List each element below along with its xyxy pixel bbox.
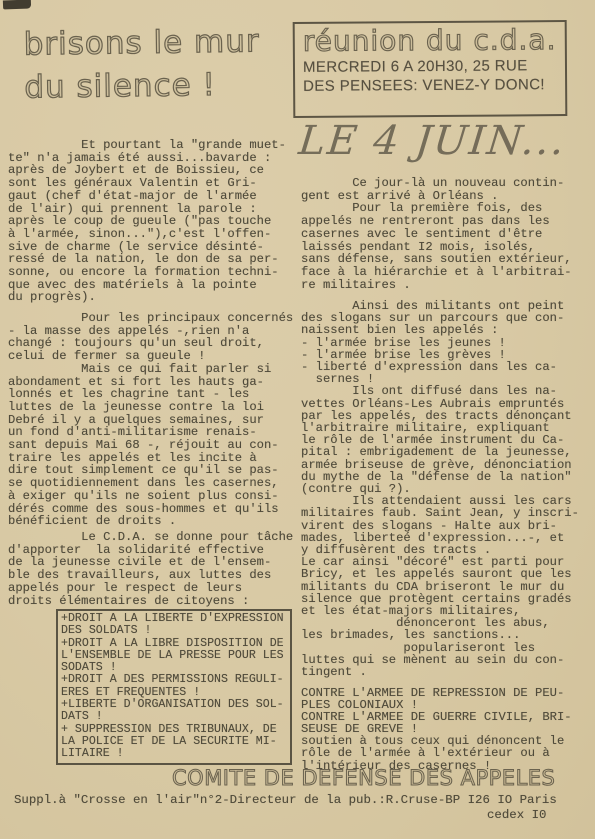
- main-headline: brisons le mur du silence !: [23, 20, 260, 109]
- right-paragraph-contingent: Ce jour-là un nouveau contin- gent est a…: [301, 177, 593, 291]
- committee-name: COMITE DE DEFENSE DES APPELES: [172, 766, 555, 790]
- demand-item-expression: +DROIT A LA LIBERTE D'EXPRESSION DES SOL…: [61, 613, 287, 638]
- meeting-when: MERCREDI 6 A 20H30, 25 RUE: [303, 56, 561, 77]
- demand-item-presse: +DROIT A LA LIBRE DISPOSITION DE L'ENSEM…: [61, 638, 287, 675]
- demands-box: +DROIT A LA LIBERTE D'EXPRESSION DES SOL…: [56, 609, 292, 765]
- left-paragraph-cda-mission: Le C.D.A. se donne pour tâche d'apporter…: [8, 531, 300, 607]
- ink-smudge: [3, 0, 31, 9]
- right-paragraph-slogans: CONTRE L'ARMEE DE REPRESSION DE PEU- PLE…: [301, 687, 593, 772]
- leaflet-page: brisons le mur du silence ! réunion du c…: [0, 0, 595, 839]
- demand-item-organisation: +LIBERTE D'ORGANISATION DES SOL- DATS !: [61, 699, 287, 724]
- meeting-title: réunion du c.d.a.: [303, 24, 561, 58]
- left-paragraph-generals: Et pourtant la "grande muet- te" n'a jam…: [8, 139, 300, 304]
- left-paragraph-appeles: Pour les principaux concernés - la masse…: [8, 312, 300, 528]
- meeting-announcement-box: réunion du c.d.a. MERCREDI 6 A 20H30, 25…: [293, 20, 568, 118]
- imprint-cedex: cedex I0: [487, 809, 547, 822]
- date-headline: LE 4 JUIN...: [297, 118, 569, 164]
- right-paragraph-militants: Ainsi des militants ont peint des slogan…: [301, 300, 593, 678]
- meeting-where: DES PENSEES: VENEZ-Y DONC!: [303, 75, 561, 96]
- demand-item-permissions: +DROIT A DES PERMISSIONS REGULI- ERES ET…: [61, 674, 287, 699]
- imprint-line: Suppl.à "Crosse en l'air"n°2-Directeur d…: [14, 794, 592, 807]
- demand-item-tribunaux: + SUPPRESSION DES TRIBUNAUX, DE LA POLIC…: [61, 724, 287, 761]
